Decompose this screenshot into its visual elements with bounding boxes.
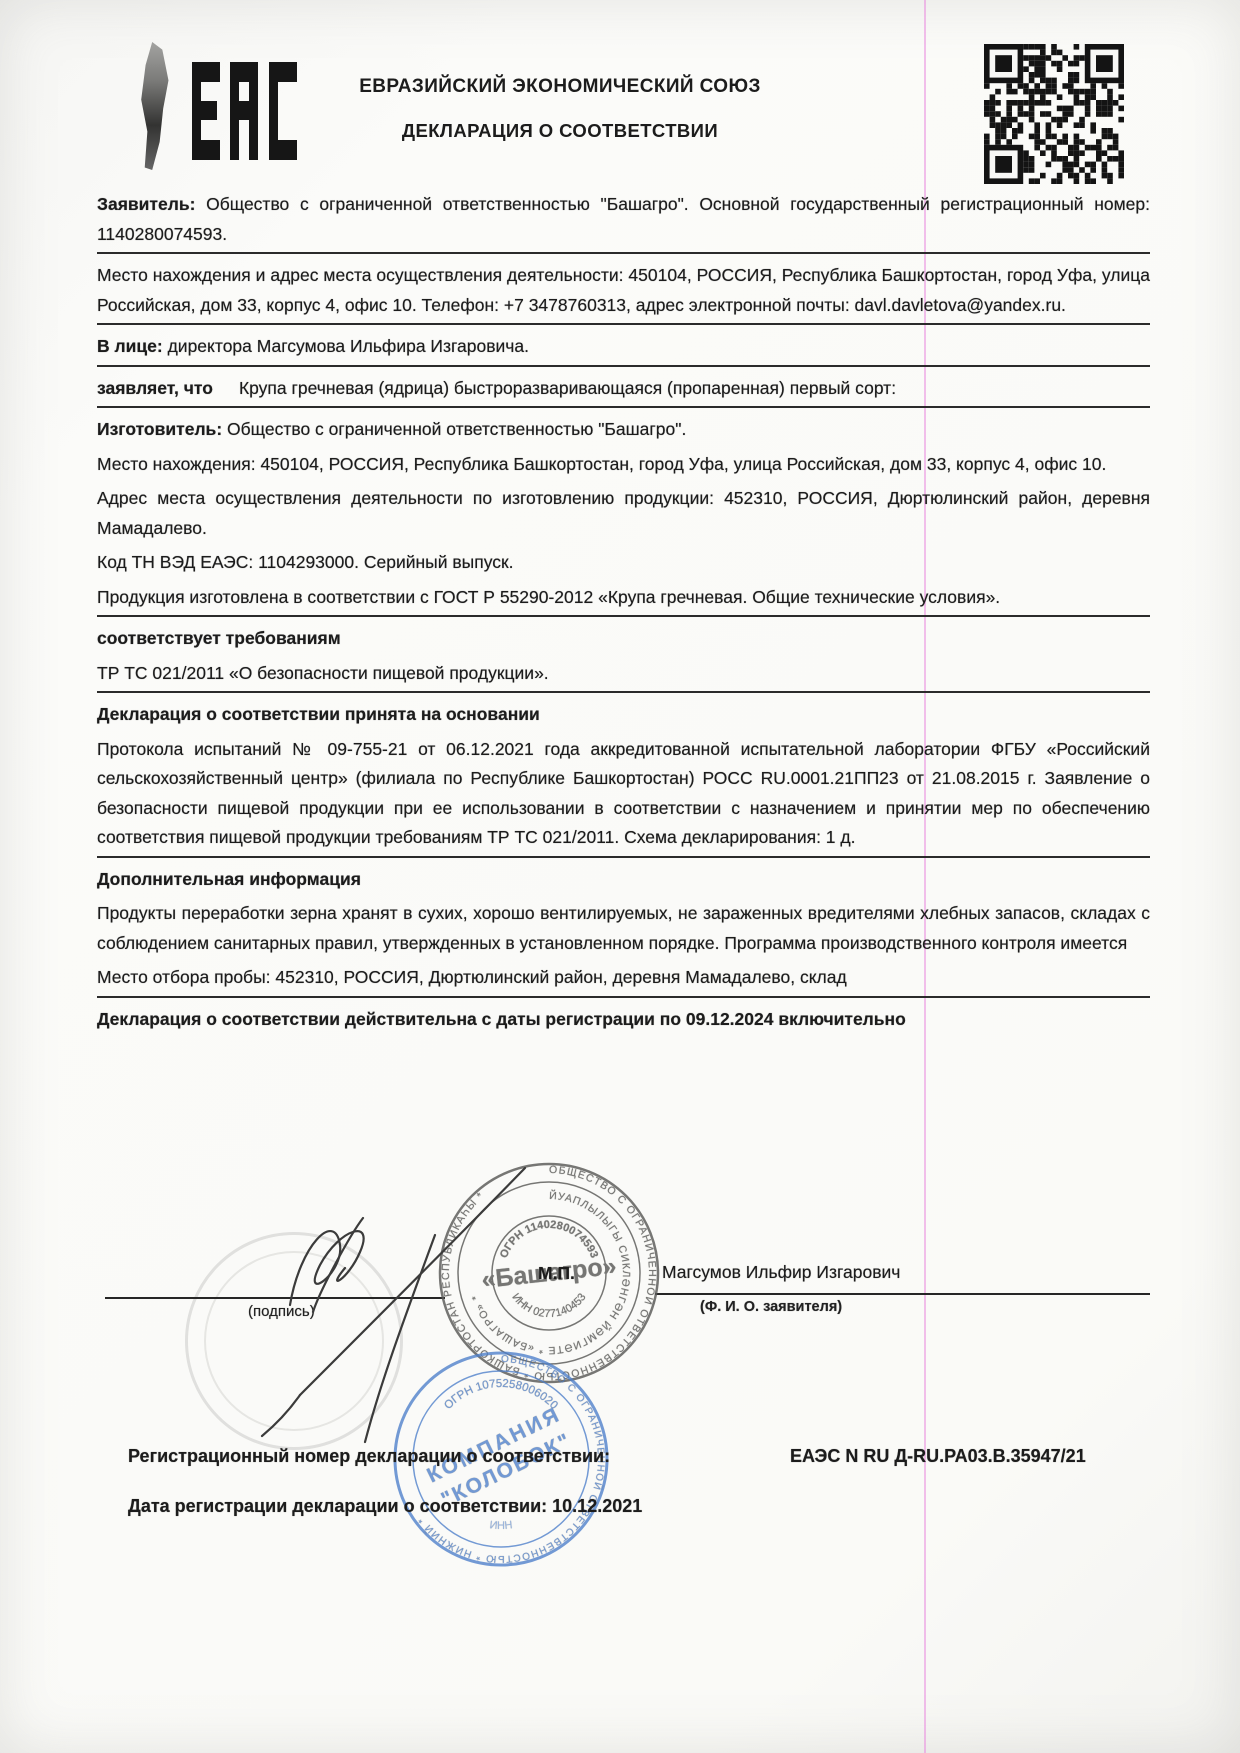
reg-number-value: ЕАЭС N RU Д-RU.РА03.В.35947/21 xyxy=(790,1446,1086,1467)
applicant-address-block: Место нахождения и адрес места осуществл… xyxy=(97,261,1150,325)
reg-date-row: Дата регистрации декларации о соответств… xyxy=(128,1496,642,1517)
manufacturer-block: Изготовитель: Общество с ограниченной от… xyxy=(97,415,1150,445)
declares-block: заявляет, чтоКрупа гречневая (ядрица) бы… xyxy=(97,374,1150,409)
in-person-label: В лице: xyxy=(97,336,163,356)
in-person-text: директора Магсумова Ильфира Изгаровича. xyxy=(168,336,529,356)
declaration-document: ЕВРАЗИЙСКИЙ ЭКОНОМИЧЕСКИЙ СОЮЗ ДЕКЛАРАЦИ… xyxy=(0,0,1240,1753)
production-address-block: Адрес места осуществления деятельности п… xyxy=(97,484,1150,543)
complies-heading: соответствует требованиям xyxy=(97,624,1150,654)
fio-caption: (Ф. И. О. заявителя) xyxy=(700,1299,842,1315)
applicant-block: Заявитель: Общество с ограниченной ответ… xyxy=(97,190,1150,254)
additional-heading: Дополнительная информация xyxy=(97,865,1150,895)
eac-logo xyxy=(192,62,297,160)
reg-date-value: 10.12.2021 xyxy=(552,1496,642,1516)
tn-ved-block: Код ТН ВЭД ЕАЭС: 1104293000. Серийный вы… xyxy=(97,548,1150,578)
basis-heading: Декларация о соответствии принята на осн… xyxy=(97,700,1150,730)
manufacturer-location-block: Место нахождения: 450104, РОССИЯ, Респуб… xyxy=(97,450,1150,480)
svg-text:ИНН: ИНН xyxy=(489,1519,513,1532)
validity-block: Декларация о соответствии действительна … xyxy=(97,1005,1150,1035)
stamp-blue-inn: ИНН xyxy=(489,1519,513,1532)
applicant-text: Общество с ограниченной ответственностью… xyxy=(97,194,1150,244)
gost-block: Продукция изготовлена в соответствии с Г… xyxy=(97,583,1150,618)
reg-date-label: Дата регистрации декларации о соответств… xyxy=(128,1496,547,1516)
applicant-label: Заявитель: xyxy=(97,194,195,214)
document-title: ДЕКЛАРАЦИЯ О СООТВЕТСТВИИ xyxy=(290,120,830,142)
handwritten-signature xyxy=(200,1140,620,1450)
basis-text: Протокола испытаний № 09-755-21 от 06.12… xyxy=(97,735,1150,858)
declares-label: заявляет, что xyxy=(97,378,213,398)
document-header: ЕВРАЗИЙСКИЙ ЭКОНОМИЧЕСКИЙ СОЮЗ ДЕКЛАРАЦИ… xyxy=(290,76,830,142)
additional-text: Продукты переработки зерна хранят в сухи… xyxy=(97,899,1150,958)
applicant-fio: Магсумов Ильфир Изгарович xyxy=(662,1262,900,1283)
in-person-block: В лице: директора Магсумова Ильфира Изга… xyxy=(97,332,1150,367)
sampling-place-block: Место отбора пробы: 452310, РОССИЯ, Дюрт… xyxy=(97,963,1150,998)
scan-blob-artifact xyxy=(128,42,172,170)
manufacturer-text: Общество с ограниченной ответственностью… xyxy=(227,419,686,439)
mp-label: М.П. xyxy=(538,1263,575,1284)
manufacturer-label: Изготовитель: xyxy=(97,419,222,439)
qr-code xyxy=(984,44,1124,184)
product-text: Крупа гречневая (ядрица) быстроразварива… xyxy=(239,378,896,398)
fio-line xyxy=(655,1293,1150,1295)
declaration-body: Заявитель: Общество с ограниченной ответ… xyxy=(97,190,1150,1039)
complies-text: ТР ТС 021/2011 «О безопасности пищевой п… xyxy=(97,659,1150,694)
union-title: ЕВРАЗИЙСКИЙ ЭКОНОМИЧЕСКИЙ СОЮЗ xyxy=(290,76,830,98)
